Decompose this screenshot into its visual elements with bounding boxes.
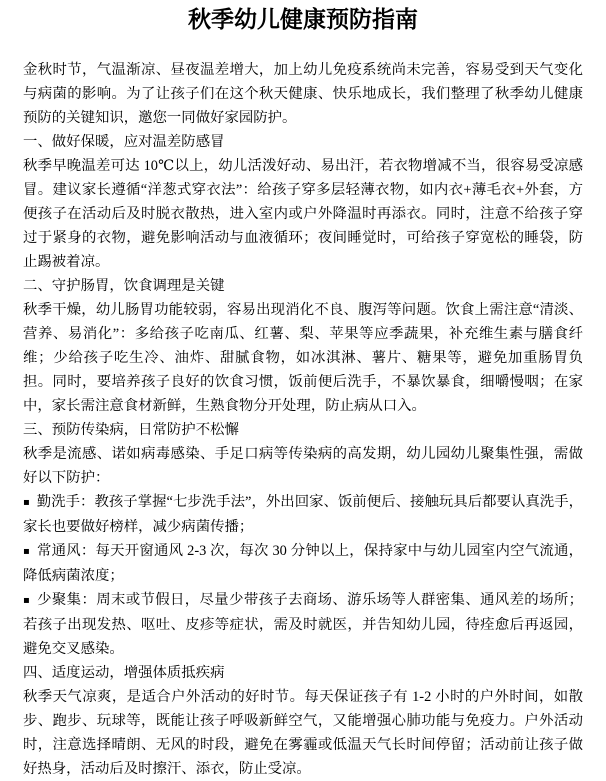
bullet-text: 少聚集：周末或节假日，尽量少带孩子去商场、游乐场等人群密集、通风差的场所；若孩子… [23,592,583,657]
bullet-square-icon: ▪ [23,540,30,564]
bullet-text: 常通风：每天开窗通风 2-3 次，每次 30 分钟以上，保持家中与幼儿园室内空气… [23,543,583,584]
section-heading: 一、做好保暖，应对温差防感冒 [23,130,583,154]
section-paragraph: 秋季早晚温差可达 10℃以上，幼儿活泼好动、易出汗，若衣物增减不当，很容易受凉感… [23,154,583,274]
document-page: 秋季幼儿健康预防指南 金秋时节，气温渐凉、昼夜温差增大，加上幼儿免疫系统尚未完善… [0,0,606,781]
sections-container: 一、做好保暖，应对温差防感冒秋季早晚温差可达 10℃以上，幼儿活泼好动、易出汗，… [23,130,583,781]
section-paragraph: 秋季干燥，幼儿肠胃功能较弱，容易出现消化不良、腹泻等问题。饮食上需注意“清淡、营… [23,298,583,418]
bullet-square-icon: ▪ [23,589,30,613]
section-heading: 四、适度运动，增强体质抵疾病 [23,661,583,685]
bullet-item: ▪常通风：每天开窗通风 2-3 次，每次 30 分钟以上，保持家中与幼儿园室内空… [23,539,583,588]
section-heading: 三、预防传染病，日常防护不松懈 [23,418,583,442]
bullet-square-icon: ▪ [23,491,30,515]
bullet-item: ▪勤洗手：教孩子掌握“七步洗手法”，外出回家、饭前便后、接触玩具后都要认真洗手，… [23,490,583,539]
intro-paragraph: 金秋时节，气温渐凉、昼夜温差增大，加上幼儿免疫系统尚未完善，容易受到天气变化与病… [23,58,583,130]
bullet-item: ▪少聚集：周末或节假日，尽量少带孩子去商场、游乐场等人群密集、通风差的场所；若孩… [23,588,583,661]
document-content: 金秋时节，气温渐凉、昼夜温差增大，加上幼儿免疫系统尚未完善，容易受到天气变化与病… [23,58,583,781]
page-title: 秋季幼儿健康预防指南 [23,3,583,37]
section-paragraph: 秋季天气凉爽，是适合户外活动的好时节。每天保证孩子有 1-2 小时的户外时间，如… [23,685,583,781]
section-paragraph: 秋季是流感、诺如病毒感染、手足口病等传染病的高发期，幼儿园幼儿聚集性强，需做好以… [23,442,583,490]
section-heading: 二、守护肠胃，饮食调理是关键 [23,274,583,298]
bullet-text: 勤洗手：教孩子掌握“七步洗手法”，外出回家、饭前便后、接触玩具后都要认真洗手，家… [23,494,583,535]
